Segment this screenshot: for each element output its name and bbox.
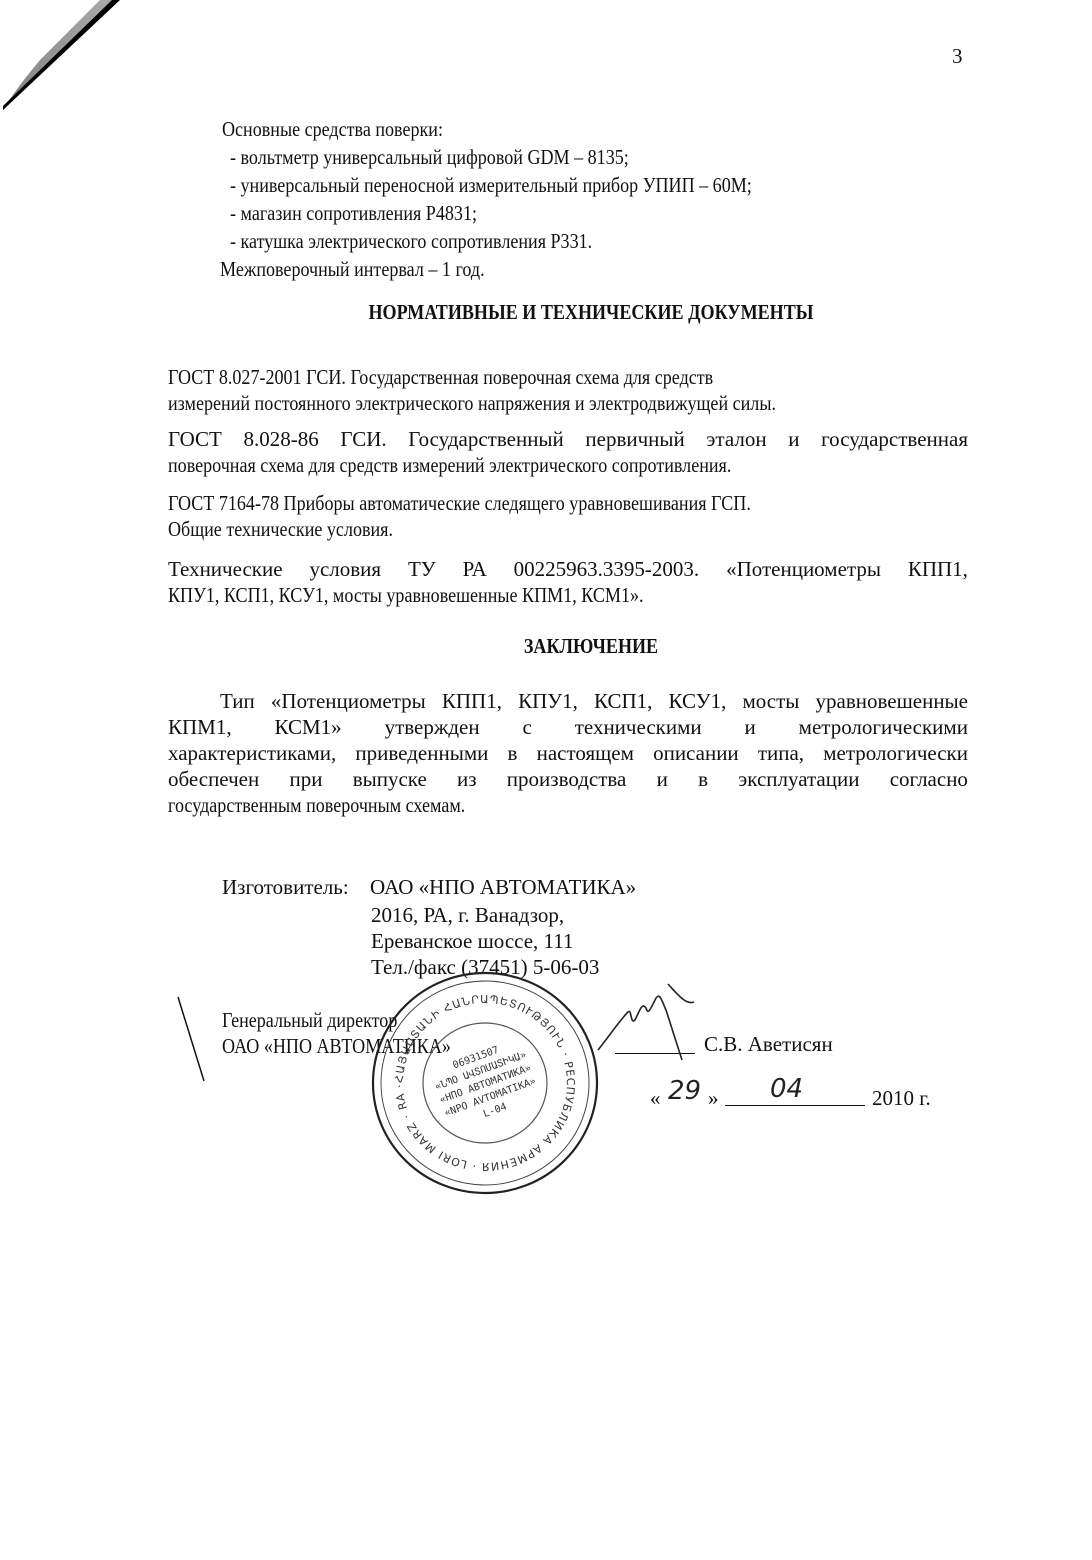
verification-title: Основные средства поверки: bbox=[222, 116, 443, 142]
section-heading-normative: НОРМАТИВНЫЕ И ТЕХНИЧЕСКИЕ ДОКУМЕНТЫ bbox=[83, 300, 1092, 325]
word: РА bbox=[463, 556, 487, 582]
section-heading-conclusion: ЗАКЛЮЧЕНИЕ bbox=[83, 634, 1092, 659]
official-stamp: ՀԱՅԱՍՏԱՆԻ ՀԱՆՐԱՊԵՏՈՒԹՅՈՒՆ · РЕСПУБЛИКА А… bbox=[340, 965, 630, 1195]
date-month-underline bbox=[725, 1105, 865, 1106]
word: обеспечен bbox=[168, 766, 259, 792]
word: эксплуатации bbox=[738, 766, 859, 792]
doc-entry-line: поверочная схема для средств измерений э… bbox=[168, 452, 731, 478]
word: Технические bbox=[168, 556, 283, 582]
verification-interval: Межповерочный интервал – 1 год. bbox=[220, 256, 485, 282]
manufacturer-name: ОАО «НПО АВТОМАТИКА» bbox=[370, 874, 636, 900]
word: при bbox=[289, 766, 322, 792]
word: метрологическими bbox=[799, 714, 968, 740]
word: согласно bbox=[890, 766, 968, 792]
bracket-mark bbox=[172, 995, 212, 1085]
doc-entry-line: КПУ1, КСП1, КСУ1, мосты уравновешенные К… bbox=[168, 582, 644, 608]
verification-item: - универсальный переносной измерительный… bbox=[230, 172, 752, 198]
word: с bbox=[523, 714, 532, 740]
word: и bbox=[657, 766, 668, 792]
verification-item: - вольтметр универсальный цифровой GDM –… bbox=[230, 144, 629, 170]
doc-entry-justified: ГОСТ 8.028-86 ГСИ. Государственный перви… bbox=[168, 426, 968, 452]
date-day: 29 bbox=[668, 1076, 701, 1106]
word: 00225963.3395-2003. bbox=[514, 556, 700, 582]
manufacturer-address: Ереванское шоссе, 111 bbox=[371, 928, 573, 954]
doc-entry-line: ГОСТ 7164-78 Приборы автоматические след… bbox=[168, 490, 751, 516]
signer-name: С.В. Аветисян bbox=[704, 1031, 833, 1057]
word: утвержден bbox=[385, 714, 480, 740]
manufacturer-label: Изготовитель: bbox=[222, 874, 349, 900]
word: первичный bbox=[585, 426, 684, 452]
doc-entry-line: Общие технические условия. bbox=[168, 516, 393, 542]
doc-entry-line: ГОСТ 8.027-2001 ГСИ. Государственная пов… bbox=[168, 364, 713, 390]
doc-entry-justified: Технические условия ТУ РА 00225963.3395-… bbox=[168, 556, 968, 582]
manufacturer-address: 2016, РА, г. Ванадзор, bbox=[371, 902, 564, 928]
word: 8.028-86 bbox=[244, 426, 319, 452]
word: в bbox=[698, 766, 708, 792]
word: из bbox=[457, 766, 477, 792]
date-month: 04 bbox=[770, 1074, 803, 1104]
doc-entry-line: измерений постоянного электрического нап… bbox=[168, 390, 776, 416]
word: техническими bbox=[575, 714, 702, 740]
page-number: 3 bbox=[952, 44, 963, 69]
word: ГОСТ bbox=[168, 426, 222, 452]
word: «Потенциометры bbox=[726, 556, 881, 582]
word: КСМ1» bbox=[275, 714, 342, 740]
date-quote-open: « bbox=[650, 1085, 661, 1111]
conclusion-paragraph: Тип «Потенциометры КПП1, КПУ1, КСП1, КСУ… bbox=[168, 688, 968, 792]
word: ГСИ. bbox=[340, 426, 386, 452]
word: государственная bbox=[821, 426, 968, 452]
conclusion-last-line: государственным поверочным схемам. bbox=[168, 792, 465, 818]
word: условия bbox=[309, 556, 381, 582]
word: и bbox=[745, 714, 756, 740]
word: КПМ1, bbox=[168, 714, 232, 740]
word: и bbox=[788, 426, 799, 452]
word: производства bbox=[507, 766, 627, 792]
word: КПП1, bbox=[908, 556, 968, 582]
verification-item: - катушка электрического сопротивления Р… bbox=[230, 228, 592, 254]
word: эталон bbox=[706, 426, 766, 452]
verification-item: - магазин сопротивления Р4831; bbox=[230, 200, 477, 226]
date-year: 2010 г. bbox=[872, 1085, 931, 1111]
text-line: Тип «Потенциометры КПП1, КПУ1, КСП1, КСУ… bbox=[220, 688, 968, 714]
word: выпуске bbox=[353, 766, 427, 792]
scan-artifact bbox=[0, 0, 130, 115]
text-line: характеристиками, приведенными в настоящ… bbox=[168, 740, 968, 766]
date-quote-close: » bbox=[708, 1085, 719, 1111]
word: ТУ bbox=[408, 556, 436, 582]
word: Государственный bbox=[408, 426, 563, 452]
